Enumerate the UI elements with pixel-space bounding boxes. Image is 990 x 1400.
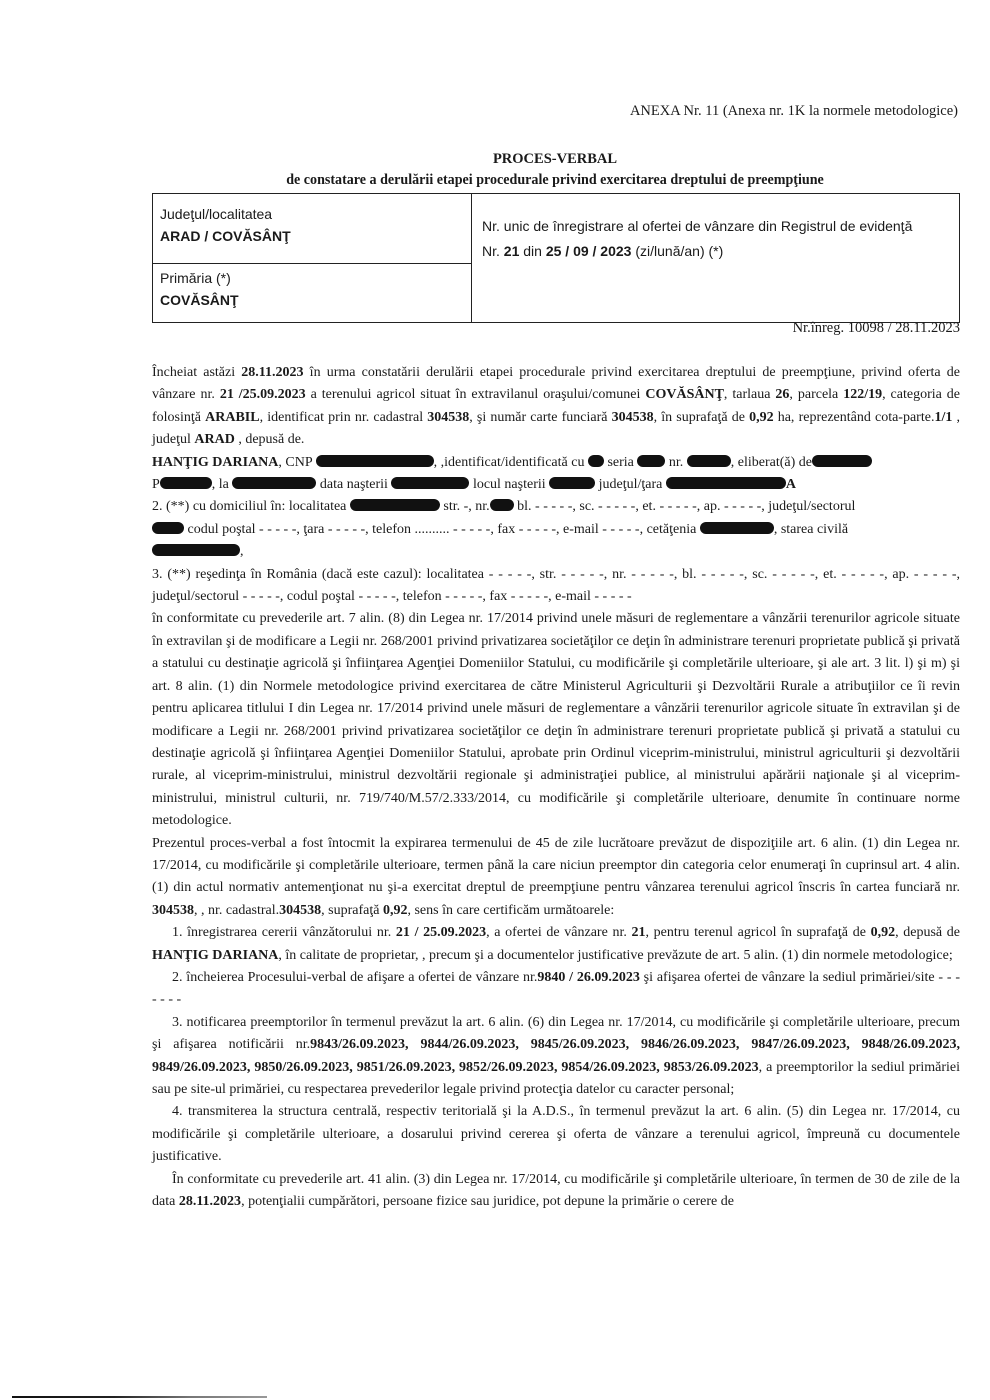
item-2: 2. încheierea Procesului-verbal de afişa… bbox=[152, 967, 960, 1012]
text-segment: Încheiat astăzi bbox=[152, 365, 241, 380]
item-3: 3. notificarea preemptorilor în termenul… bbox=[152, 1012, 960, 1102]
header-left-column: Judeţul/localitatea ARAD / COVĂSÂNŢ Prim… bbox=[153, 194, 472, 322]
town-hall-value: COVĂSÂNŢ bbox=[160, 289, 471, 311]
text-segment: , identificat prin nr. cadastral bbox=[260, 410, 428, 425]
text-segment: 1. înregistrarea cererii vânzătorului nr… bbox=[172, 925, 396, 940]
text-segment: , potenţialii cumpărători, persoane fizi… bbox=[241, 1194, 734, 1209]
text-segment: Prezentul proces-verbal a fost întocmit … bbox=[152, 836, 960, 896]
text-segment: , bbox=[240, 544, 244, 559]
text-segment: locul naşterii bbox=[473, 477, 549, 492]
intro-paragraph: Încheiat astăzi 28.11.2023 în urma const… bbox=[152, 362, 960, 452]
cadastral-number: 304538 bbox=[427, 410, 469, 425]
redacted-birth-place bbox=[549, 477, 595, 489]
bold-text: 28.11.2023 bbox=[179, 1194, 241, 1209]
text-segment: , pentru terenul agricol în suprafaţă de bbox=[646, 925, 871, 940]
text-segment: , în calitate de proprietar, , precum şi… bbox=[278, 948, 952, 963]
document-page: ANEXA Nr. 11 (Anexa nr. 1K la normele me… bbox=[0, 0, 990, 1400]
text-segment: , depusă de. bbox=[235, 432, 305, 447]
town-hall-label: Primăria (*) bbox=[160, 267, 471, 289]
text-segment: seria bbox=[604, 455, 637, 470]
text-segment: P bbox=[152, 477, 160, 492]
bold-text: 0,92 bbox=[383, 903, 408, 918]
text-segment: 2. încheierea Procesului-verbal de afişa… bbox=[172, 970, 537, 985]
text-segment: judeţul/ţara bbox=[599, 477, 666, 492]
residence-paragraph: 3. (**) reşedinţa în România (dacă este … bbox=[152, 564, 960, 609]
item-4: 4. transmiterea la structura centrală, r… bbox=[152, 1101, 960, 1168]
text-segment: , CNP bbox=[278, 455, 315, 470]
text-segment: ha, reprezentând cota-parte. bbox=[774, 410, 935, 425]
text-segment: , în suprafaţă de bbox=[654, 410, 749, 425]
county: ARAD bbox=[194, 432, 234, 447]
registry-suffix: (zi/lună/an) (*) bbox=[635, 243, 723, 259]
county-label: Judeţul/localitatea bbox=[160, 203, 471, 225]
text-segment: bl. - - - - -, sc. - - - - -, et. - - - … bbox=[514, 499, 856, 514]
registry-cell: Nr. unic de înregistrare al ofertei de v… bbox=[482, 214, 952, 264]
document-subtitle: de constatare a derulării etapei procedu… bbox=[17, 172, 990, 189]
seller-identification: HANŢIG DARIANA, CNP , ,identificat/ident… bbox=[152, 452, 960, 564]
concluded-date: 28.11.2023 bbox=[241, 365, 303, 380]
seller-name: HANŢIG DARIANA bbox=[152, 455, 278, 470]
item-1: 1. înregistrarea cererii vânzătorului nr… bbox=[152, 922, 960, 967]
offer-number: 21 /25.09.2023 bbox=[220, 387, 306, 402]
usage-category: ARABIL bbox=[205, 410, 259, 425]
text-segment: , starea civilă bbox=[774, 522, 848, 537]
bold-text: 0,92 bbox=[871, 925, 896, 940]
scan-edge-artifact bbox=[12, 1396, 267, 1398]
registry-label: Nr. unic de înregistrare al ofertei de v… bbox=[482, 214, 952, 239]
area: 0,92 bbox=[749, 410, 774, 425]
text-segment: , suprafaţă bbox=[321, 903, 383, 918]
share: 1/1 bbox=[934, 410, 952, 425]
bold-text: 9840 / 26.09.2023 bbox=[537, 970, 640, 985]
text-segment: , parcela bbox=[789, 387, 843, 402]
header-table: Judeţul/localitatea ARAD / COVĂSÂNŢ Prim… bbox=[152, 193, 960, 323]
bold-text: A bbox=[786, 477, 796, 492]
tarlaua: 26 bbox=[775, 387, 789, 402]
bold-text: 304538 bbox=[152, 903, 194, 918]
text-segment: , a ofertei de vânzare nr. bbox=[486, 925, 631, 940]
text-segment: data naşterii bbox=[320, 477, 392, 492]
bold-text: 304538 bbox=[279, 903, 321, 918]
text-segment: , , nr. cadastral. bbox=[194, 903, 279, 918]
county-value: ARAD / COVĂSÂNŢ bbox=[160, 225, 471, 247]
registration-number: Nr.înreg. 10098 / 28.11.2023 bbox=[793, 320, 960, 337]
text-segment: , la bbox=[212, 477, 233, 492]
legal-basis-paragraph: în conformitate cu prevederile art. 7 al… bbox=[152, 608, 960, 832]
text-segment: 2. (**) cu domiciliul în: localitatea bbox=[152, 499, 350, 514]
registry-prefix: Nr. bbox=[482, 243, 500, 259]
document-body: Încheiat astăzi 28.11.2023 în urma const… bbox=[152, 362, 960, 1213]
town-hall-cell: Primăria (*) COVĂSÂNŢ bbox=[153, 263, 471, 323]
registry-date: 25 / 09 / 2023 bbox=[546, 243, 632, 259]
bold-text: HANŢIG DARIANA bbox=[152, 948, 278, 963]
text-segment: , depusă de bbox=[895, 925, 960, 940]
redacted-issuer bbox=[812, 455, 872, 467]
text-segment: str. -, nr. bbox=[440, 499, 490, 514]
text-segment: , sens în care certificăm următoarele: bbox=[407, 903, 614, 918]
commune: COVĂSÂNŢ bbox=[645, 387, 724, 402]
final-paragraph: În conformitate cu prevederile art. 41 a… bbox=[152, 1169, 960, 1214]
county-cell: Judeţul/localitatea ARAD / COVĂSÂNŢ bbox=[153, 203, 471, 261]
text-segment: , ,identificat/identificată cu bbox=[434, 455, 588, 470]
redacted-street-number bbox=[490, 499, 514, 511]
text-segment: a terenului agricol situat în extravilan… bbox=[306, 387, 646, 402]
document-title: PROCES-VERBAL bbox=[0, 151, 990, 168]
redacted-birth-date bbox=[391, 477, 469, 489]
redacted-cnp bbox=[316, 455, 434, 467]
text-segment: nr. bbox=[665, 455, 686, 470]
redacted-issuer-cont bbox=[160, 477, 212, 489]
text-segment: , eliberat(ă) de bbox=[731, 455, 812, 470]
redacted-id-number bbox=[687, 455, 731, 467]
redacted-id-type bbox=[588, 455, 604, 467]
text-segment: , şi număr carte funciară bbox=[469, 410, 611, 425]
redacted-sector bbox=[152, 522, 184, 534]
redacted-issue-date bbox=[232, 477, 316, 489]
text-segment: codul poştal - - - - -, ţara - - - - -, … bbox=[184, 522, 700, 537]
redacted-citizenship bbox=[700, 522, 774, 534]
bold-text: 21 / 25.09.2023 bbox=[396, 925, 486, 940]
land-book-number: 304538 bbox=[612, 410, 654, 425]
redacted-country bbox=[666, 477, 786, 489]
registry-din: din bbox=[523, 243, 542, 259]
registry-line: Nr. 21 din 25 / 09 / 2023 (zi/lună/an) (… bbox=[482, 239, 952, 264]
text-segment: , tarlaua bbox=[724, 387, 775, 402]
registry-number: 21 bbox=[504, 243, 520, 259]
parcela: 122/19 bbox=[843, 387, 882, 402]
redacted-locality bbox=[350, 499, 440, 511]
redacted-marital-status bbox=[152, 544, 240, 556]
redacted-series bbox=[637, 455, 665, 467]
certification-paragraph: Prezentul proces-verbal a fost întocmit … bbox=[152, 833, 960, 923]
annex-reference: ANEXA Nr. 11 (Anexa nr. 1K la normele me… bbox=[630, 103, 958, 120]
bold-text: 21 bbox=[632, 925, 646, 940]
